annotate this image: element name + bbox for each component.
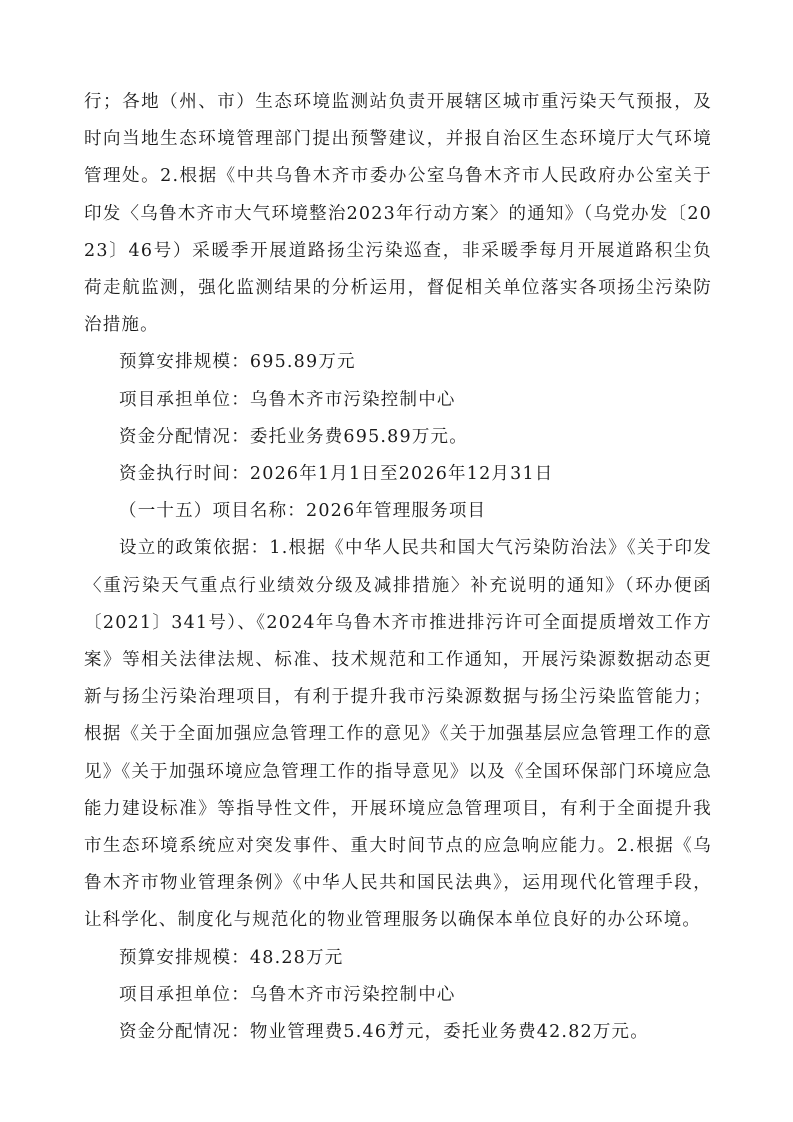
page-number: 34 (0, 1020, 793, 1032)
paragraph-budget-scale: 预算安排规模：695.89万元 (84, 344, 712, 381)
paragraph-fund-allocation: 资金分配情况：委托业务费695.89万元。 (84, 419, 712, 456)
paragraph-policy-basis-continued: 行；各地（州、市）生态环境监测站负责开展辖区城市重污染天气预报，及时向当地生态环… (84, 84, 712, 344)
paragraph-budget-scale-2: 预算安排规模：48.28万元 (84, 940, 712, 977)
paragraph-policy-basis: 设立的政策依据：1.根据《中华人民共和国大气污染防治法》《关于印发〈重污染天气重… (84, 530, 712, 939)
paragraph-responsible-unit-2: 项目承担单位：乌鲁木齐市污染控制中心 (84, 977, 712, 1014)
paragraph-execution-period: 资金执行时间：2026年1月1日至2026年12月31日 (84, 456, 712, 493)
document-page-body: 行；各地（州、市）生态环境监测站负责开展辖区城市重污染天气预报，及时向当地生态环… (84, 84, 712, 1051)
section-heading-project-15: （一十五）项目名称：2026年管理服务项目 (84, 493, 712, 530)
paragraph-responsible-unit: 项目承担单位：乌鲁木齐市污染控制中心 (84, 382, 712, 419)
